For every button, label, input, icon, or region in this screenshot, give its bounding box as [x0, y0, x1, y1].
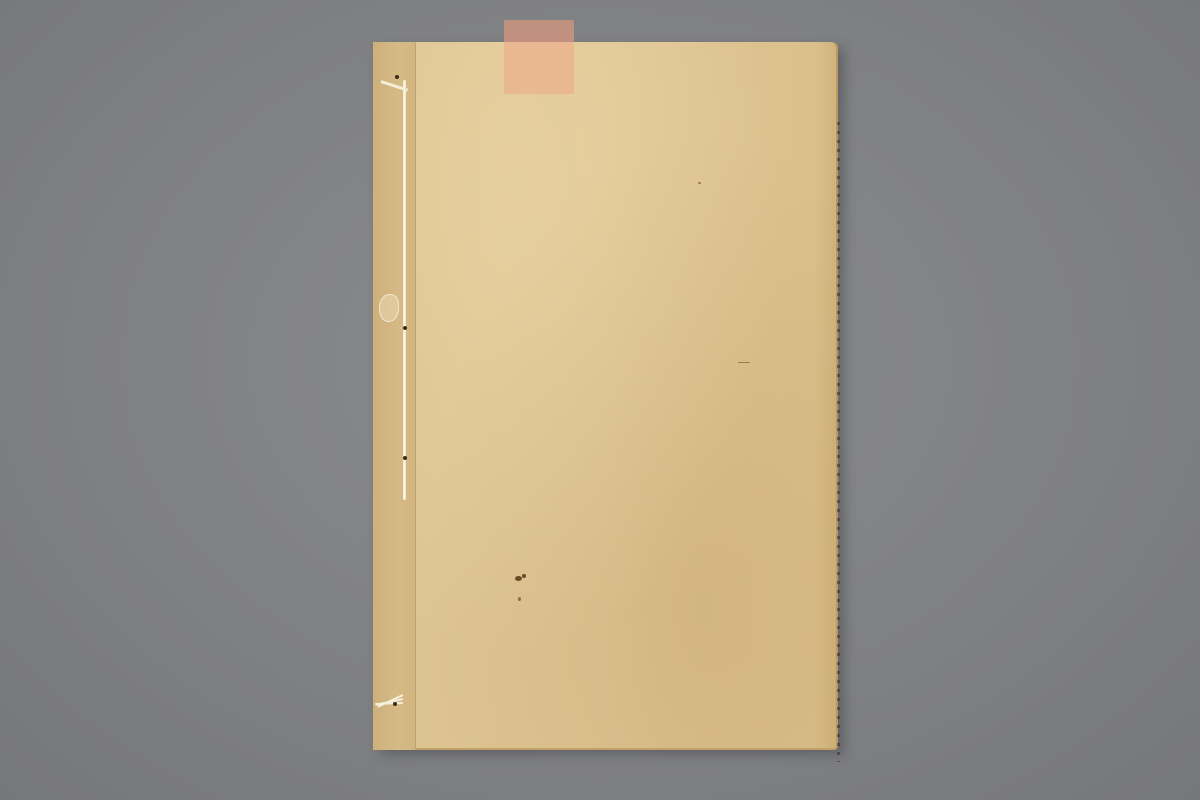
stain-mark: [698, 182, 701, 184]
stain-mark: [515, 576, 522, 581]
stitch-hole-top: [395, 75, 399, 79]
stitch-hole-middle: [403, 326, 407, 330]
stain-mark: [738, 362, 750, 363]
book-cover: [373, 42, 838, 750]
stain-mark: [518, 597, 521, 601]
thread-tassel: [375, 692, 405, 706]
cover-tear: [379, 294, 399, 322]
label-remnant: [504, 20, 574, 94]
fore-edge-marks: [837, 122, 840, 762]
book-spine: [373, 42, 416, 750]
stitch-hole-bottom: [393, 702, 397, 706]
binding-thread: [403, 80, 406, 500]
stain-mark: [522, 574, 526, 578]
stitch-hole-lower: [403, 456, 407, 460]
